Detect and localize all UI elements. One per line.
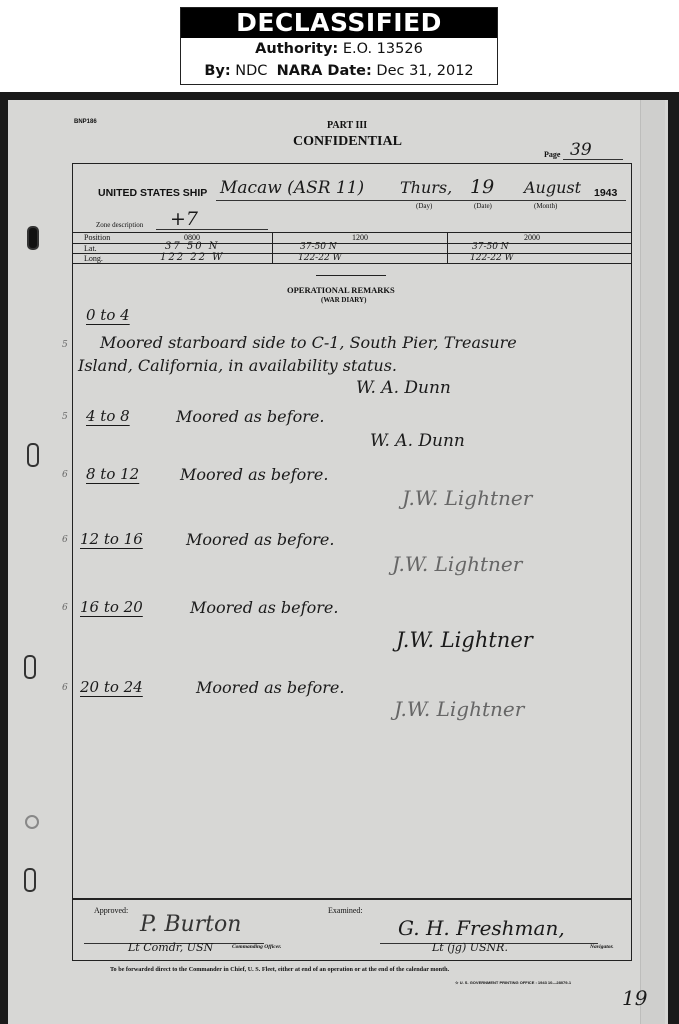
table-row-border: [73, 253, 631, 254]
watch-time: 8 to 12: [86, 465, 139, 483]
margin-note: 6: [62, 535, 68, 545]
page-number: 39: [570, 140, 592, 160]
position-row-label: Position: [84, 233, 110, 242]
time-1200: 1200: [352, 233, 368, 242]
binder-hole-icon: [24, 868, 36, 892]
entry-text-continued: Island, California, in availability stat…: [78, 356, 397, 375]
time-2000: 2000: [524, 233, 540, 242]
watch-officer-signature: J.W. Lightner: [392, 552, 522, 576]
watch-officer-signature: W. A. Dunn: [356, 378, 451, 398]
punch-hole-icon: [25, 815, 39, 829]
watch-time: 4 to 8: [86, 407, 130, 425]
entry-text: Moored as before.: [180, 465, 328, 484]
watch-time: 16 to 20: [80, 598, 143, 616]
form-number: BNP186: [74, 119, 97, 125]
date-value: 19: [470, 176, 494, 198]
long-1200: 122-22 W: [298, 253, 342, 263]
binder-hole-icon: [27, 443, 39, 467]
stamp-authority: Authority: E.O. 13526: [181, 38, 497, 60]
approved-signature: P. Burton: [140, 912, 241, 937]
lat-row-label: Lat.: [84, 244, 97, 253]
examined-label: Examined:: [328, 906, 363, 915]
ship-name: Macaw (ASR 11): [220, 178, 364, 198]
date-caption: (Date): [474, 202, 492, 210]
footer-divider: [73, 898, 631, 900]
margin-note: 5: [62, 412, 68, 422]
margin-note: 6: [62, 603, 68, 613]
printer-imprint: ☆ U. S. GOVERNMENT PRINTING OFFICE : 194…: [455, 980, 571, 985]
entry-text: Moored starboard side to C-1, South Pier…: [100, 333, 517, 352]
long-2000: 122-22 W: [470, 253, 514, 263]
day-caption: (Day): [416, 202, 432, 210]
page-edge: [640, 100, 665, 1024]
watch-officer-signature: W. A. Dunn: [370, 431, 465, 451]
navigator-label: Navigator.: [590, 944, 614, 950]
stamp-title: DECLASSIFIED: [181, 8, 497, 38]
zone-label: Zone description: [96, 221, 143, 229]
watch-officer-signature: J.W. Lightner: [396, 628, 533, 652]
page-label: Page: [544, 150, 560, 159]
table-row-border: [73, 243, 631, 244]
examined-rank: Lt (jg) USNR.: [432, 941, 508, 954]
long-0800: 122 22 W: [160, 252, 224, 263]
war-diary-form: [72, 163, 632, 961]
remarks-title: OPERATIONAL REMARKS: [287, 285, 395, 295]
stamped-page-number: 19: [622, 986, 647, 1010]
ship-label: UNITED STATES SHIP: [98, 187, 207, 199]
margin-note: 6: [62, 470, 68, 480]
binder-hole-icon: [24, 655, 36, 679]
section-divider: [316, 275, 386, 276]
watch-officer-signature: J.W. Lightner: [402, 486, 532, 510]
margin-note: 6: [62, 683, 68, 693]
binder-hole-icon: [27, 226, 39, 250]
remarks-subtitle: (WAR DIARY): [321, 296, 366, 304]
lat-2000: 37-50 N: [472, 242, 509, 252]
entry-text: Moored as before.: [186, 530, 334, 549]
approved-label: Approved:: [94, 906, 128, 915]
ship-underline: [216, 200, 626, 201]
table-col-border: [272, 232, 273, 263]
lat-0800: 37 50 N: [165, 241, 220, 252]
approved-rank: Lt Comdr, USN: [128, 941, 213, 954]
commanding-officer-label: Commanding Officer.: [232, 944, 281, 950]
long-row-label: Long.: [84, 254, 103, 263]
month-caption: (Month): [534, 202, 557, 210]
margin-note: 5: [62, 340, 68, 350]
watch-time: 20 to 24: [80, 678, 143, 696]
lat-1200: 37-50 N: [300, 242, 337, 252]
day-value: Thurs,: [400, 178, 452, 197]
part-label: PART III: [327, 120, 367, 131]
examined-signature: G. H. Freshman,: [398, 916, 565, 940]
declassified-stamp: DECLASSIFIED Authority: E.O. 13526 By: N…: [180, 7, 498, 85]
entry-text: Moored as before.: [176, 407, 324, 426]
year-value: 1943: [594, 187, 617, 199]
forwarding-instruction: To be forwarded direct to the Commander …: [110, 966, 449, 973]
entry-text: Moored as before.: [196, 678, 344, 697]
watch-time: 12 to 16: [80, 530, 143, 548]
table-col-border: [447, 232, 448, 263]
stamp-by-date: By: NDC NARA Date: Dec 31, 2012: [181, 60, 497, 82]
watch-time: 0 to 4: [86, 306, 130, 324]
classification-label: CONFIDENTIAL: [293, 134, 402, 150]
watch-officer-signature: J.W. Lightner: [394, 697, 524, 721]
month-value: August: [524, 178, 581, 197]
table-bottom-border: [73, 263, 631, 264]
entry-text: Moored as before.: [190, 598, 338, 617]
zone-value: +7: [170, 208, 198, 230]
